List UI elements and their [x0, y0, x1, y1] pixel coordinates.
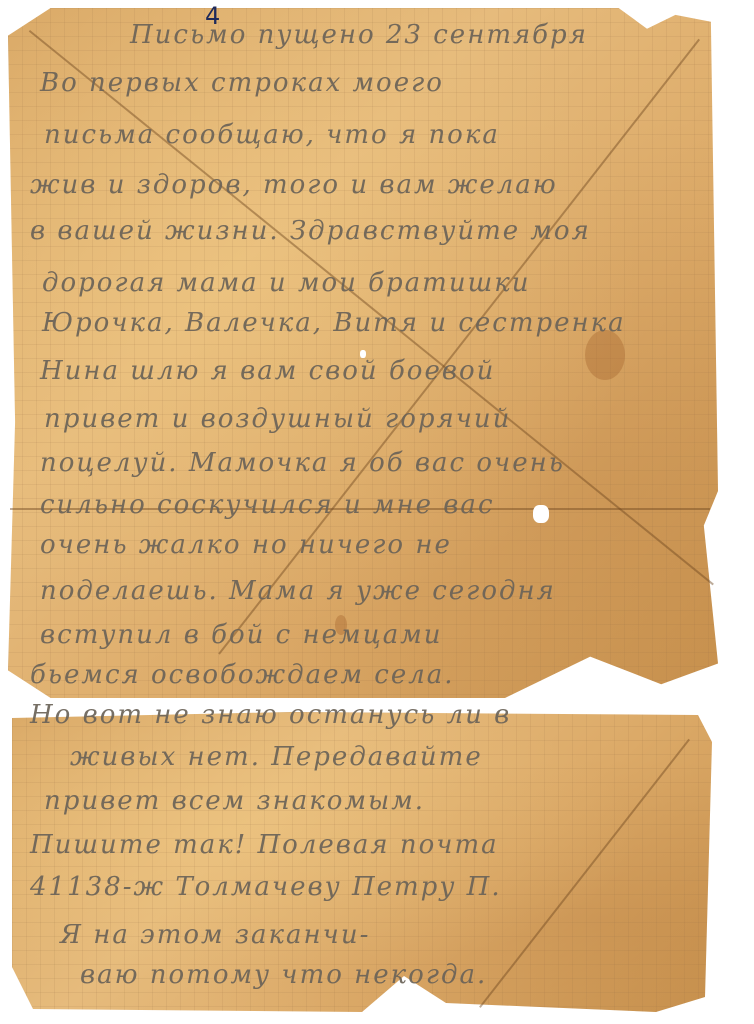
paper-hole [533, 505, 549, 523]
letter-line: письма сообщаю, что я пока [44, 120, 500, 150]
letter-line: Но вот не знаю останусь ли в [30, 700, 511, 730]
letter-line: Юрочка, Валечка, Витя и сестренка [42, 308, 626, 338]
letter-line: вступил в бой с немцами [40, 620, 443, 650]
letter-line: поделаешь. Мама я уже сегодня [40, 576, 556, 606]
letter-line: в вашей жизни. Здравствуйте моя [30, 216, 591, 246]
letter-line: очень жалко но ничего не [40, 530, 452, 560]
letter-line: Письмо пущено 23 сентября [130, 20, 588, 50]
letter-line: Пишите так! Полевая почта [30, 830, 499, 860]
letter-line: дорогая мама и мои братишки [42, 268, 530, 298]
letter-line: сильно соскучился и мне вас [40, 490, 495, 520]
letter-scan: 4 Письмо пущено 23 сентября Во первых ст… [0, 0, 754, 1024]
letter-line: Во первых строках моего [40, 68, 444, 98]
letter-line: живых нет. Передавайте [70, 742, 483, 772]
letter-line: Я на этом заканчи- [60, 920, 370, 950]
letter-line: привет и воздушный горячий [44, 404, 511, 434]
letter-line: Нина шлю я вам свой боевой [40, 356, 495, 386]
letter-line: бьемся освобождаем села. [30, 660, 455, 690]
letter-line: привет всем знакомым. [44, 786, 425, 816]
letter-line: 41138-ж Толмачеву Петру П. [30, 872, 502, 902]
letter-line: поцелуй. Мамочка я об вас очень [40, 448, 565, 478]
letter-line: жив и здоров, того и вам желаю [30, 170, 558, 200]
letter-line: ваю потому что некогда. [80, 960, 487, 990]
